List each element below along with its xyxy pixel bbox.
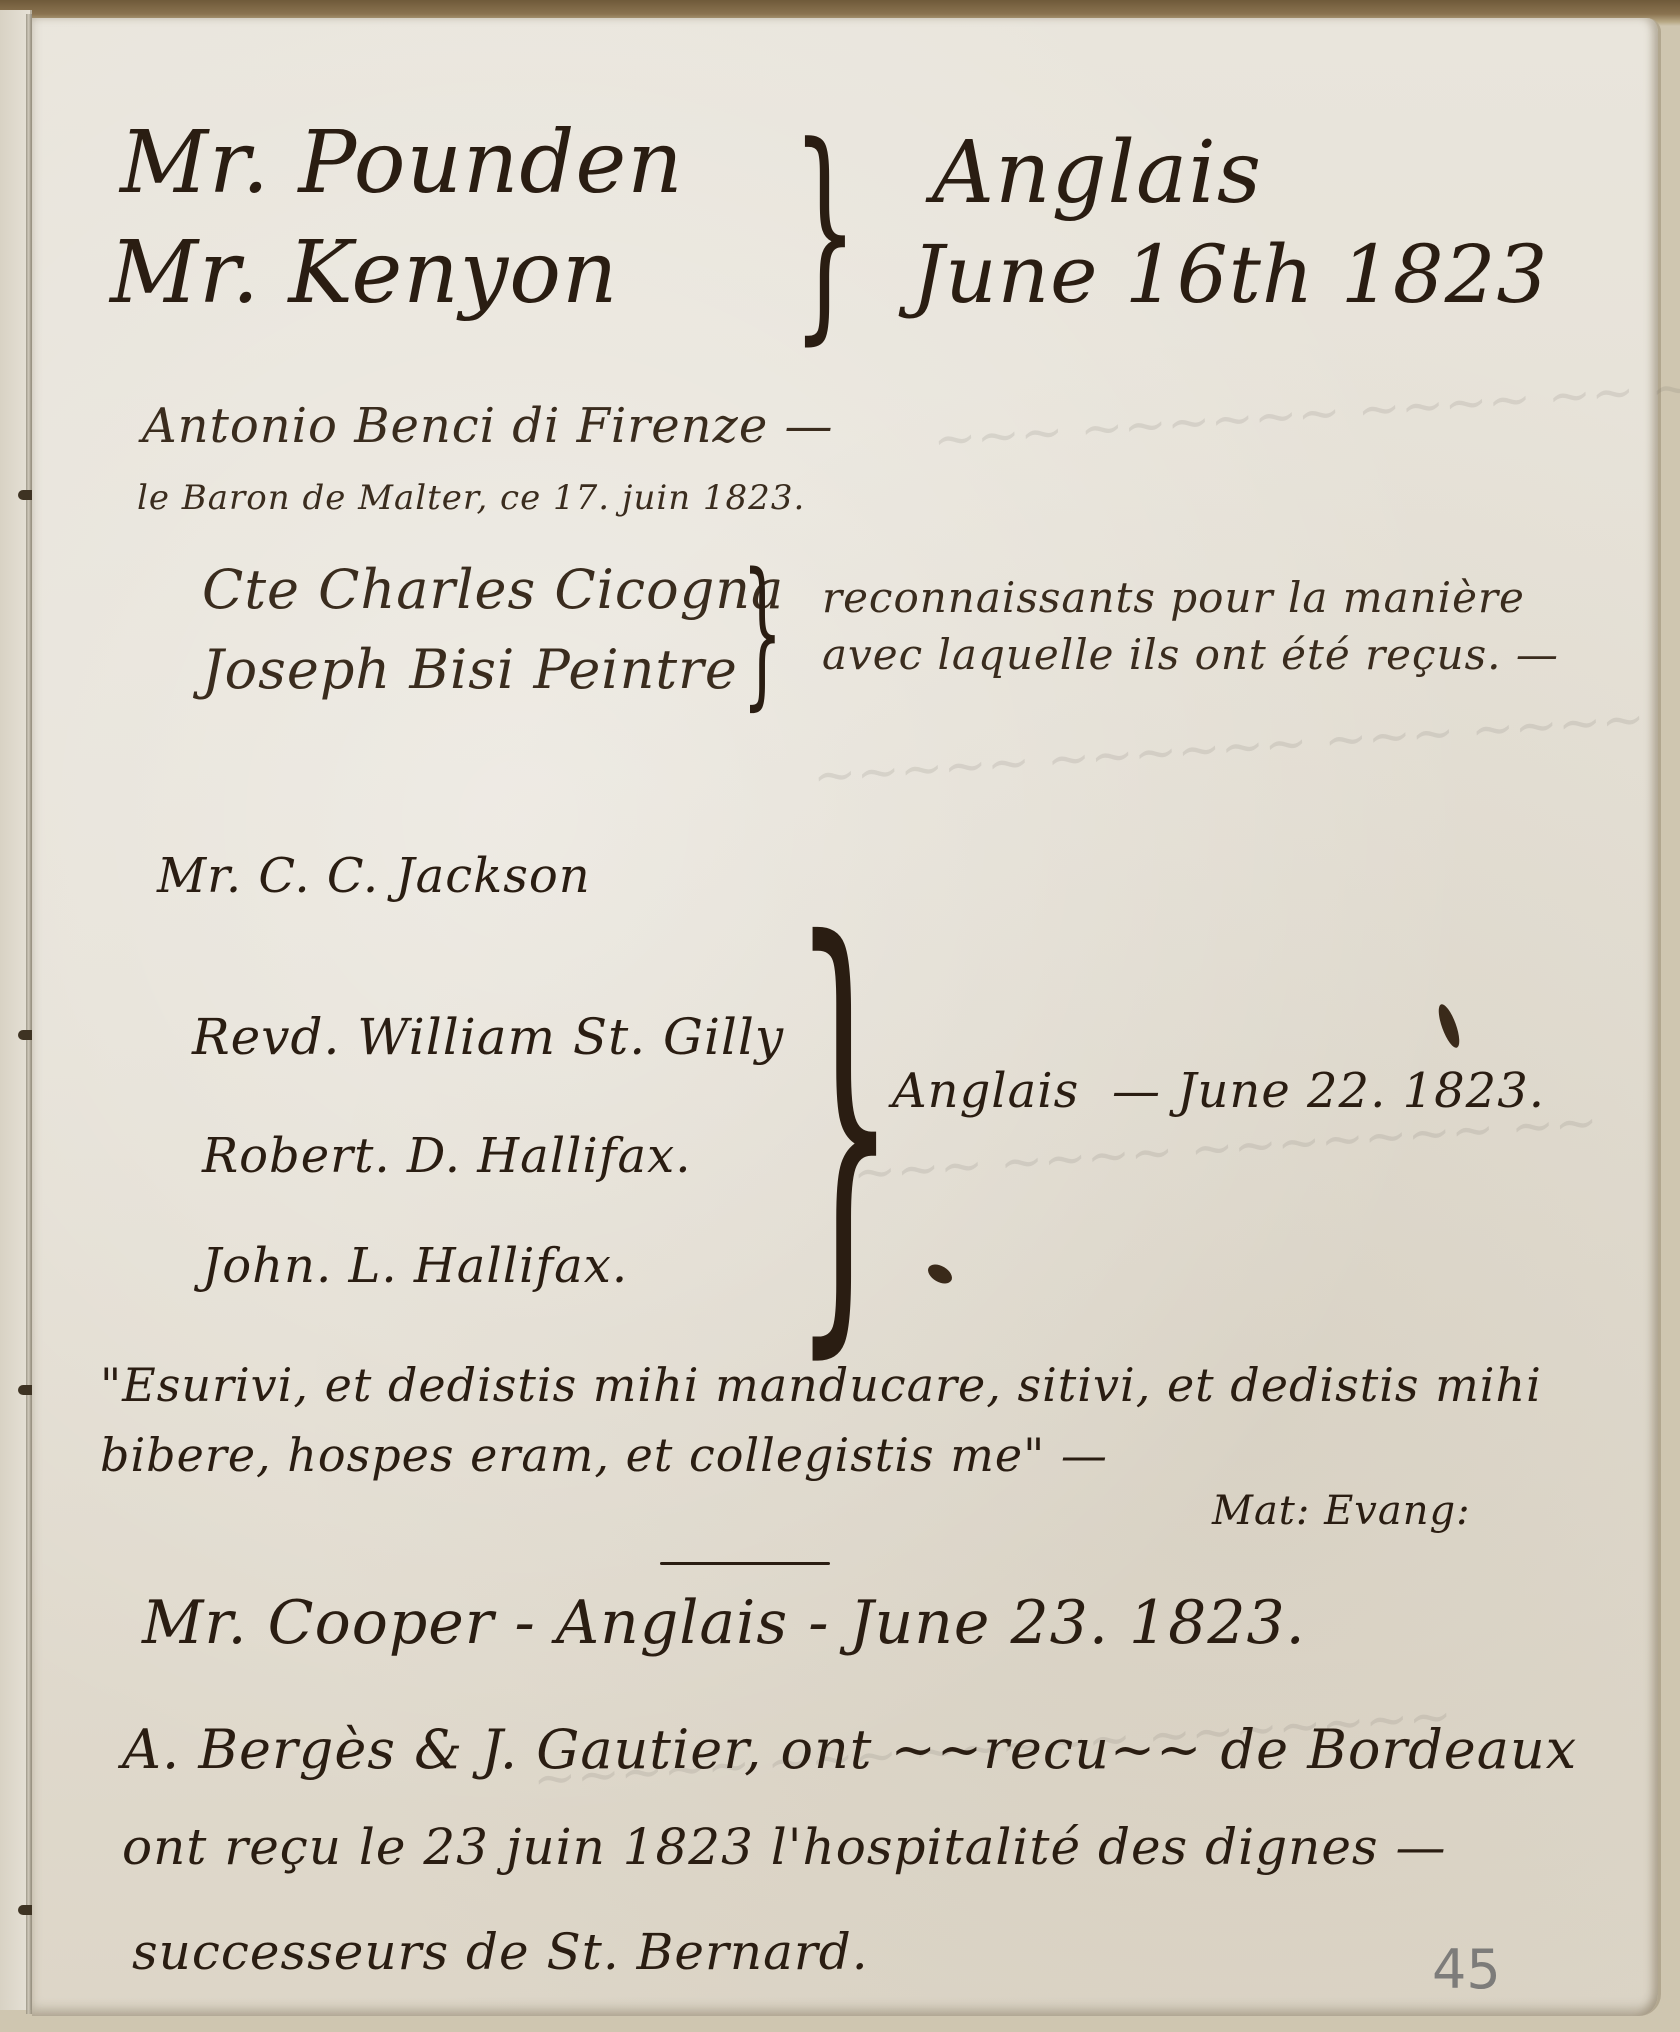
entry-name-gilly: Revd. William St. Gilly — [192, 1008, 784, 1066]
entry-name-john-hallifax: John. L. Hallifax. — [202, 1238, 628, 1294]
quote-citation: Mat: Evang: — [1212, 1488, 1471, 1534]
entry-name-cicogna: Cte Charles Cicogna — [202, 558, 784, 621]
quote-line2: bibere, hospes eram, et collegistis me" … — [100, 1428, 1108, 1482]
entry-nationality: Anglais — [932, 123, 1262, 223]
entry-name-pounden: Mr. Pounden — [120, 113, 684, 213]
entry-bergès-line1: A. Bergès & J. Gautier, ont ~~recu~~ de … — [122, 1718, 1577, 1781]
grouping-brace: } — [792, 848, 897, 1395]
grouping-brace: } — [742, 538, 783, 725]
page-number: 45 — [1432, 1938, 1501, 2001]
entry-name-kenyon: Mr. Kenyon — [110, 223, 618, 323]
entry-date: — June 22. 1823. — [1112, 1063, 1545, 1119]
entry-date: June 16th 1823 — [912, 228, 1548, 321]
book-scan: ~~~ ~~~~~~ ~~~~ ~~ ~~~~~ ~~~~~ ~~~~~~ ~~… — [0, 0, 1680, 2032]
manuscript-page: ~~~ ~~~~~~ ~~~~ ~~ ~~~~~ ~~~~~ ~~~~~~ ~~… — [32, 18, 1661, 2016]
grouping-brace: } — [792, 98, 858, 365]
ink-blot — [925, 1261, 956, 1288]
entry-name-jackson: Mr. C. C. Jackson — [157, 848, 591, 904]
quote-line1: "Esurivi, et dedistis mihi manducare, si… — [100, 1358, 1542, 1412]
bleed-through-text: ~~~~~ ~~~~~~ ~~~ ~~~~ — [811, 689, 1647, 807]
entry-name-robert-hallifax: Robert. D. Hallifax. — [202, 1128, 691, 1184]
bleed-through-text: ~~~ ~~~~~~ ~~~~ ~~ ~~~~~ — [931, 345, 1680, 470]
entry-bergès-line3: successeurs de St. Bernard. — [132, 1923, 869, 1981]
entry-text-baron-malter: le Baron de Malter, ce 17. juin 1823. — [137, 478, 805, 518]
entry-note-line2: avec laquelle ils ont été reçus. — — [822, 630, 1559, 679]
entry-text-benci: Antonio Benci di Firenze — — [142, 398, 833, 454]
entry-text-cooper: Mr. Cooper - Anglais - June 23. 1823. — [142, 1588, 1306, 1658]
entry-note-line1: reconnaissants pour la manière — [822, 573, 1525, 622]
ink-blot — [1435, 1002, 1464, 1050]
entry-nationality: Anglais — [892, 1063, 1079, 1119]
entry-name-bisi: Joseph Bisi Peintre — [202, 638, 738, 701]
separator-line — [660, 1562, 830, 1565]
entry-bergès-line2: ont reçu le 23 juin 1823 l'hospitalité d… — [122, 1818, 1446, 1876]
